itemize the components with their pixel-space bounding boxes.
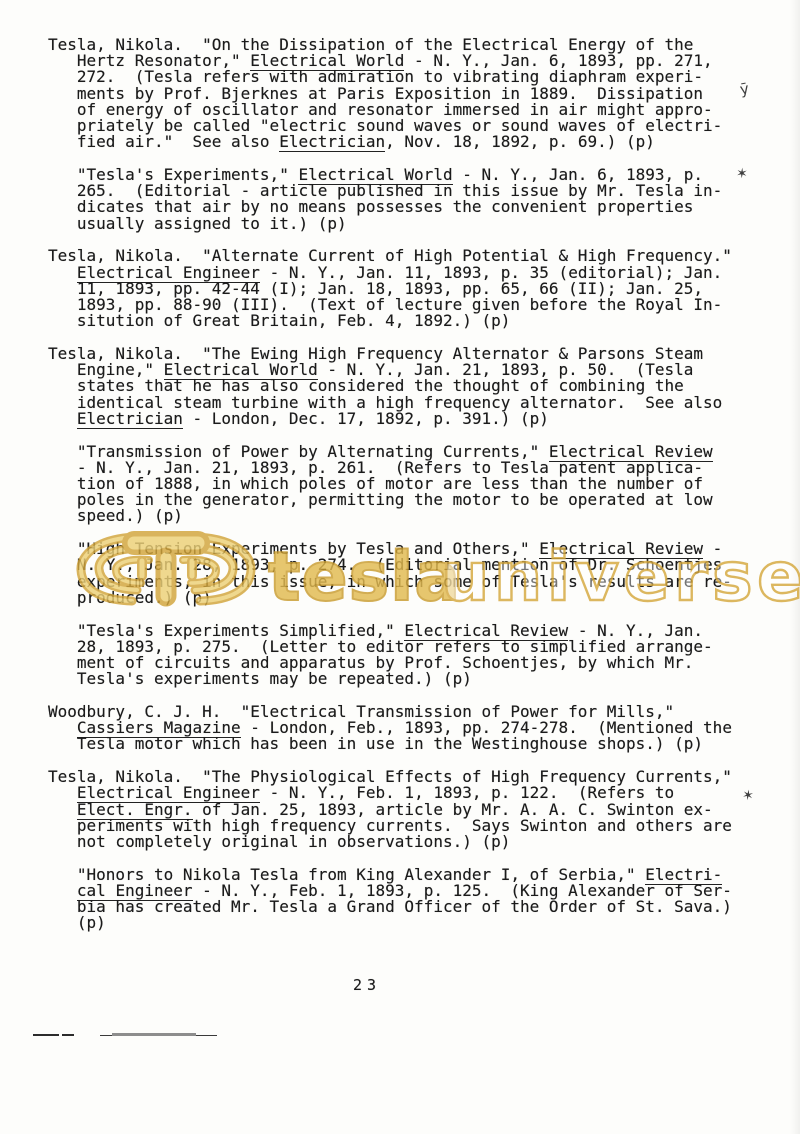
bibliography-entry: Tesla, Nikola. "The Physiological Effect… bbox=[48, 769, 788, 850]
text-segment: speed.) (p) bbox=[48, 506, 183, 525]
text-segment: (p) bbox=[48, 913, 106, 932]
text-line: not completely original in observations.… bbox=[48, 834, 788, 850]
text-line: speed.) (p) bbox=[48, 508, 788, 524]
scan-edge-shading bbox=[790, 0, 800, 1134]
bibliography-sub-entry: "Tesla's Experiments," Electrical World … bbox=[48, 167, 788, 232]
text-line: bia has created Mr. Tesla a Grand Office… bbox=[48, 899, 788, 915]
text-segment: bia has created Mr. Tesla a Grand Office… bbox=[48, 897, 732, 916]
text-line: Tesla motor which has been in use in the… bbox=[48, 736, 788, 752]
text-line: (p) bbox=[48, 915, 788, 931]
text-segment: sitution of Great Britain, Feb. 4, 1892.… bbox=[48, 311, 510, 330]
bibliography-sub-entry: "High Tension Experiments by Tesla and O… bbox=[48, 541, 788, 606]
bibliography-sub-entry: "Tesla's Experiments Simplified," Electr… bbox=[48, 623, 788, 688]
text-segment: fied air." See also bbox=[48, 132, 279, 151]
text-line: Tesla's experiments may be repeated.) (p… bbox=[48, 671, 788, 687]
page-number: 23 bbox=[353, 976, 381, 994]
text-line: fied air." See also Electrician, Nov. 18… bbox=[48, 134, 788, 150]
text-segment: Tesla motor which has been in use in the… bbox=[48, 734, 703, 753]
text-line: produced.) (p) bbox=[48, 590, 788, 606]
text-segment: , Nov. 18, 1892, p. 69.) (p) bbox=[385, 132, 655, 151]
footer-rule-thick bbox=[112, 1033, 196, 1036]
journal-title-underlined: Electrician bbox=[77, 409, 183, 429]
text-line: sitution of Great Britain, Feb. 4, 1892.… bbox=[48, 313, 788, 329]
journal-title-underlined: Electrician bbox=[279, 132, 385, 152]
text-segment: - London, Dec. 17, 1892, p. 391.) (p) bbox=[183, 409, 549, 428]
text-segment bbox=[48, 409, 77, 428]
footer-rule-segment bbox=[33, 1034, 59, 1036]
text-segment: not completely original in observations.… bbox=[48, 832, 510, 851]
handwritten-margin-mark: ✶ bbox=[735, 166, 748, 183]
footer-rule-segment bbox=[62, 1034, 74, 1036]
text-line: usually assigned to it.) (p) bbox=[48, 216, 788, 232]
bibliography-entry: Tesla, Nikola. "Alternate Current of Hig… bbox=[48, 248, 788, 329]
bibliography-entry: Tesla, Nikola. "The Ewing High Frequency… bbox=[48, 346, 788, 427]
text-segment: Tesla's experiments may be repeated.) (p… bbox=[48, 669, 472, 688]
text-segment: produced.) (p) bbox=[48, 588, 212, 607]
bibliography-entry: Tesla, Nikola. "On the Dissipation of th… bbox=[48, 37, 788, 150]
bibliography-sub-entry: "Transmission of Power by Alternating Cu… bbox=[48, 444, 788, 525]
text-line: Electrician - London, Dec. 17, 1892, p. … bbox=[48, 411, 788, 427]
bibliography-text: Tesla, Nikola. "On the Dissipation of th… bbox=[48, 37, 788, 948]
bibliography-entry: Woodbury, C. J. H. "Electrical Transmiss… bbox=[48, 704, 788, 753]
bibliography-sub-entry: "Honors to Nikola Tesla from King Alexan… bbox=[48, 867, 788, 932]
text-segment: usually assigned to it.) (p) bbox=[48, 214, 347, 233]
scanned-bibliography-page: { "page": { "number": "23" }, "paragraph… bbox=[0, 0, 800, 1134]
